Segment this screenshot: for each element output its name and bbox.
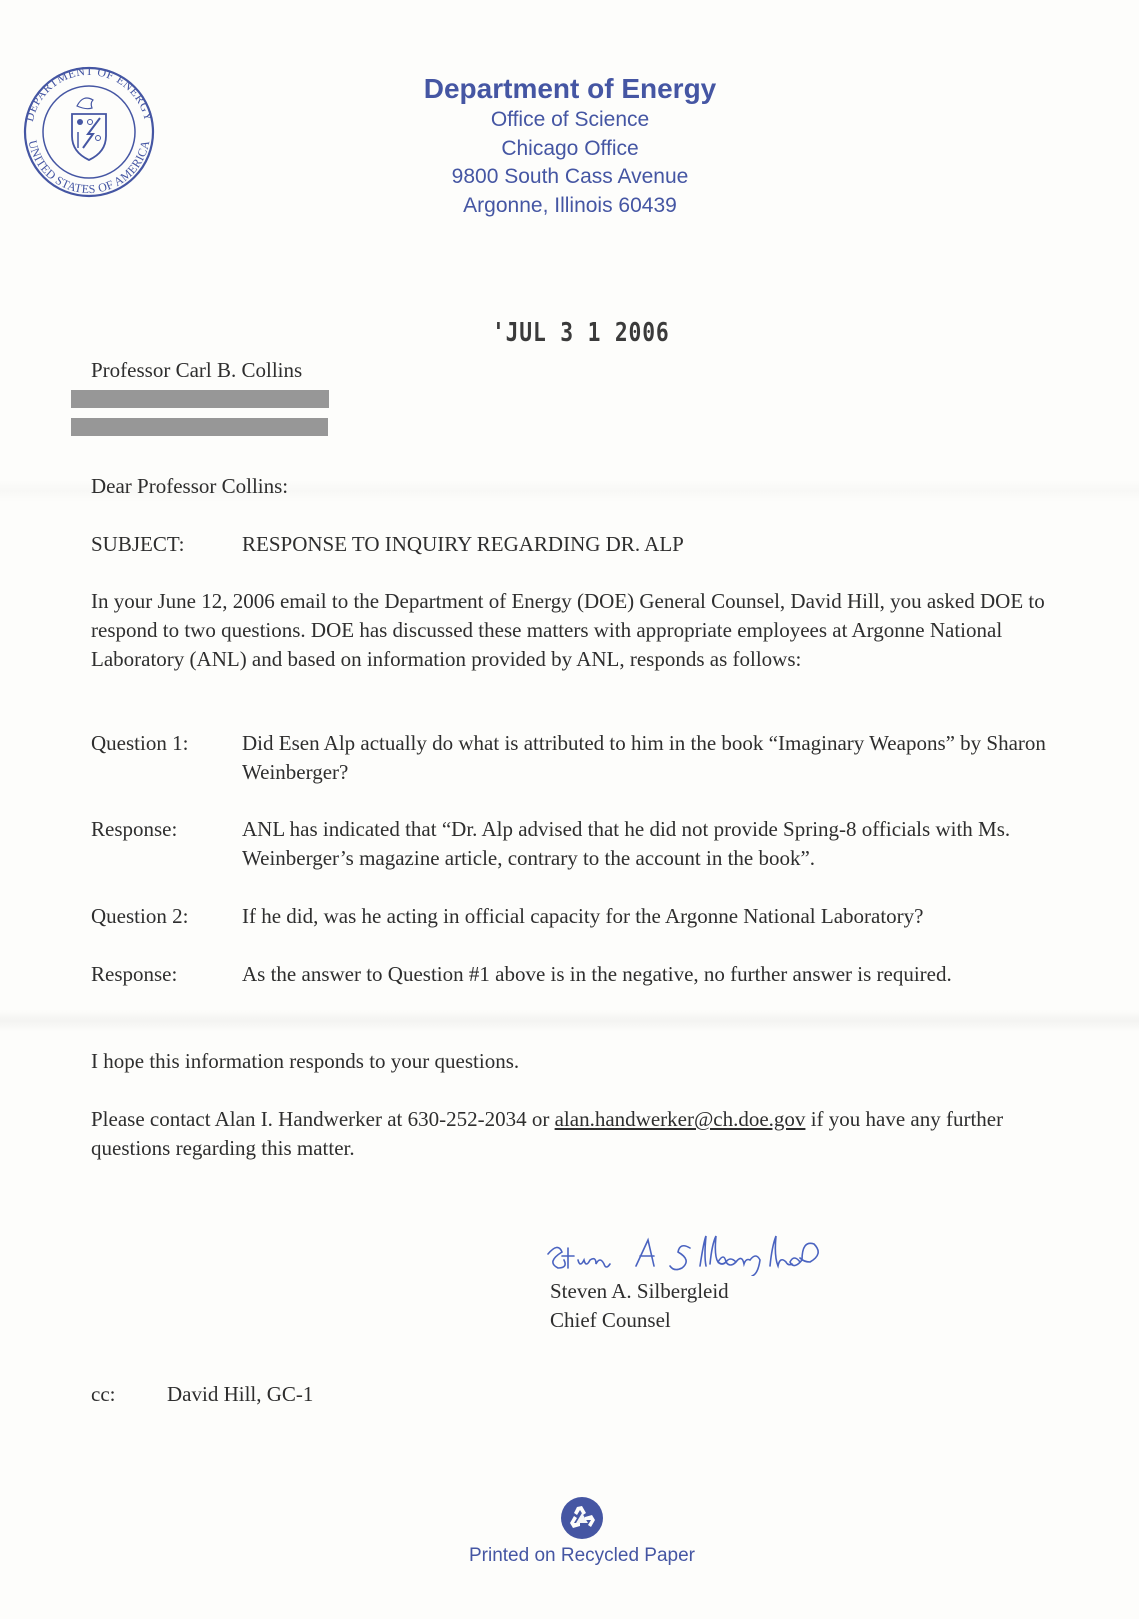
cc-label: cc:: [91, 1380, 115, 1409]
contact-text: Please contact Alan I. Handwerker at 630…: [91, 1107, 555, 1131]
question-1-text: Did Esen Alp actually do what is attribu…: [242, 729, 1072, 787]
response-2-text: As the answer to Question #1 above is in…: [242, 960, 1072, 989]
signer-title: Chief Counsel: [550, 1306, 729, 1335]
redaction-bar: [71, 418, 328, 436]
address-line: 9800 South Cass Avenue: [370, 163, 770, 192]
recipient-name: Professor Carl B. Collins: [91, 356, 302, 385]
question-1-label: Question 1:: [91, 729, 188, 758]
address-line: Argonne, Illinois 60439: [370, 192, 770, 221]
cc-recipient: David Hill, GC-1: [167, 1380, 313, 1409]
date-stamp: 'JUL 3 1 2006: [492, 318, 670, 348]
recycle-icon: [559, 1495, 605, 1541]
scan-artifact: [0, 1010, 1139, 1032]
doe-seal-icon: DEPARTMENT OF ENERGY UNITED STATES OF AM…: [14, 66, 164, 198]
email-link[interactable]: alan.handwerker@ch.doe.gov: [555, 1107, 806, 1131]
question-2-label: Question 2:: [91, 902, 188, 931]
agency-title: Department of Energy: [370, 72, 770, 106]
svg-text:UNITED STATES OF AMERICA: UNITED STATES OF AMERICA: [26, 139, 153, 196]
subject-label: SUBJECT:: [91, 530, 184, 559]
question-2-text: If he did, was he acting in official cap…: [242, 902, 1072, 931]
salutation: Dear Professor Collins:: [91, 472, 288, 501]
letterhead: Department of Energy Office of Science C…: [370, 72, 770, 220]
closing-line: I hope this information responds to your…: [91, 1047, 519, 1076]
signature-block: Steven A. Silbergleid Chief Counsel: [550, 1277, 729, 1335]
subject-text: RESPONSE TO INQUIRY REGARDING DR. ALP: [242, 530, 684, 559]
office-line: Chicago Office: [370, 135, 770, 164]
redaction-bar: [71, 390, 329, 408]
signer-name: Steven A. Silbergleid: [550, 1277, 729, 1306]
contact-paragraph: Please contact Alan I. Handwerker at 630…: [91, 1105, 1071, 1163]
handwritten-signature: [540, 1226, 840, 1276]
office-line: Office of Science: [370, 106, 770, 135]
response-1-label: Response:: [91, 815, 177, 844]
response-2-label: Response:: [91, 960, 177, 989]
recycled-paper-note: Printed on Recycled Paper: [452, 1545, 712, 1567]
response-1-text: ANL has indicated that “Dr. Alp advised …: [242, 815, 1072, 873]
intro-paragraph: In your June 12, 2006 email to the Depar…: [91, 587, 1091, 674]
